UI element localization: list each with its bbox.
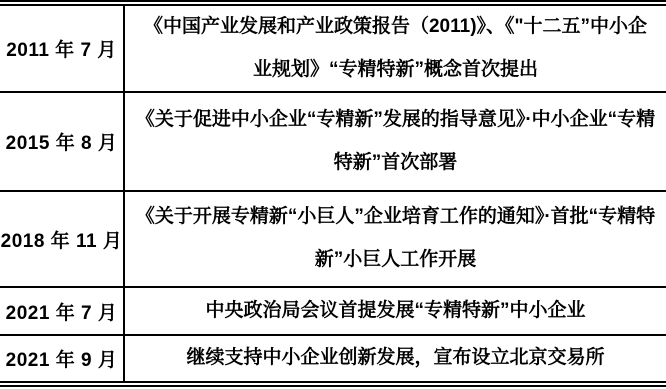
- event-cell: 《关于开展专精新“小巨人”企业培育工作的通知》·首批“专精特新”小巨人工作开展: [125, 192, 666, 286]
- event-cell: 中央政治局会议首提发展“专精特新”中小企业: [125, 288, 666, 334]
- date-cell: 2011 年 7 月: [0, 6, 125, 91]
- event-cell: 《中国产业发展和产业政策报告（2011)》、《"十二五”中小企业规划》“专精特新…: [125, 6, 666, 91]
- event-cell: 《关于促进中小企业“专精新”发展的指导意见》·中小企业“专精特新”首次部署: [125, 93, 666, 190]
- event-cell: 继续支持中小企业创新发展，宣布设立北京交易所: [125, 336, 666, 381]
- table-row: 2021 年 9 月 继续支持中小企业创新发展，宣布设立北京交易所: [0, 336, 666, 381]
- table-row: 2021 年 7 月 中央政治局会议首提发展“专精特新”中小企业: [0, 288, 666, 336]
- date-cell: 2018 年 11 月: [0, 192, 125, 286]
- table-row: 2011 年 7 月 《中国产业发展和产业政策报告（2011)》、《"十二五”中…: [0, 6, 666, 93]
- table-row: 2015 年 8 月 《关于促进中小企业“专精新”发展的指导意见》·中小企业“专…: [0, 93, 666, 192]
- date-cell: 2015 年 8 月: [0, 93, 125, 190]
- date-cell: 2021 年 7 月: [0, 288, 125, 334]
- policy-timeline-table: 2011 年 7 月 《中国产业发展和产业政策报告（2011)》、《"十二五”中…: [0, 0, 666, 387]
- table-row: 2018 年 11 月 《关于开展专精新“小巨人”企业培育工作的通知》·首批“专…: [0, 192, 666, 288]
- date-cell: 2021 年 9 月: [0, 336, 125, 381]
